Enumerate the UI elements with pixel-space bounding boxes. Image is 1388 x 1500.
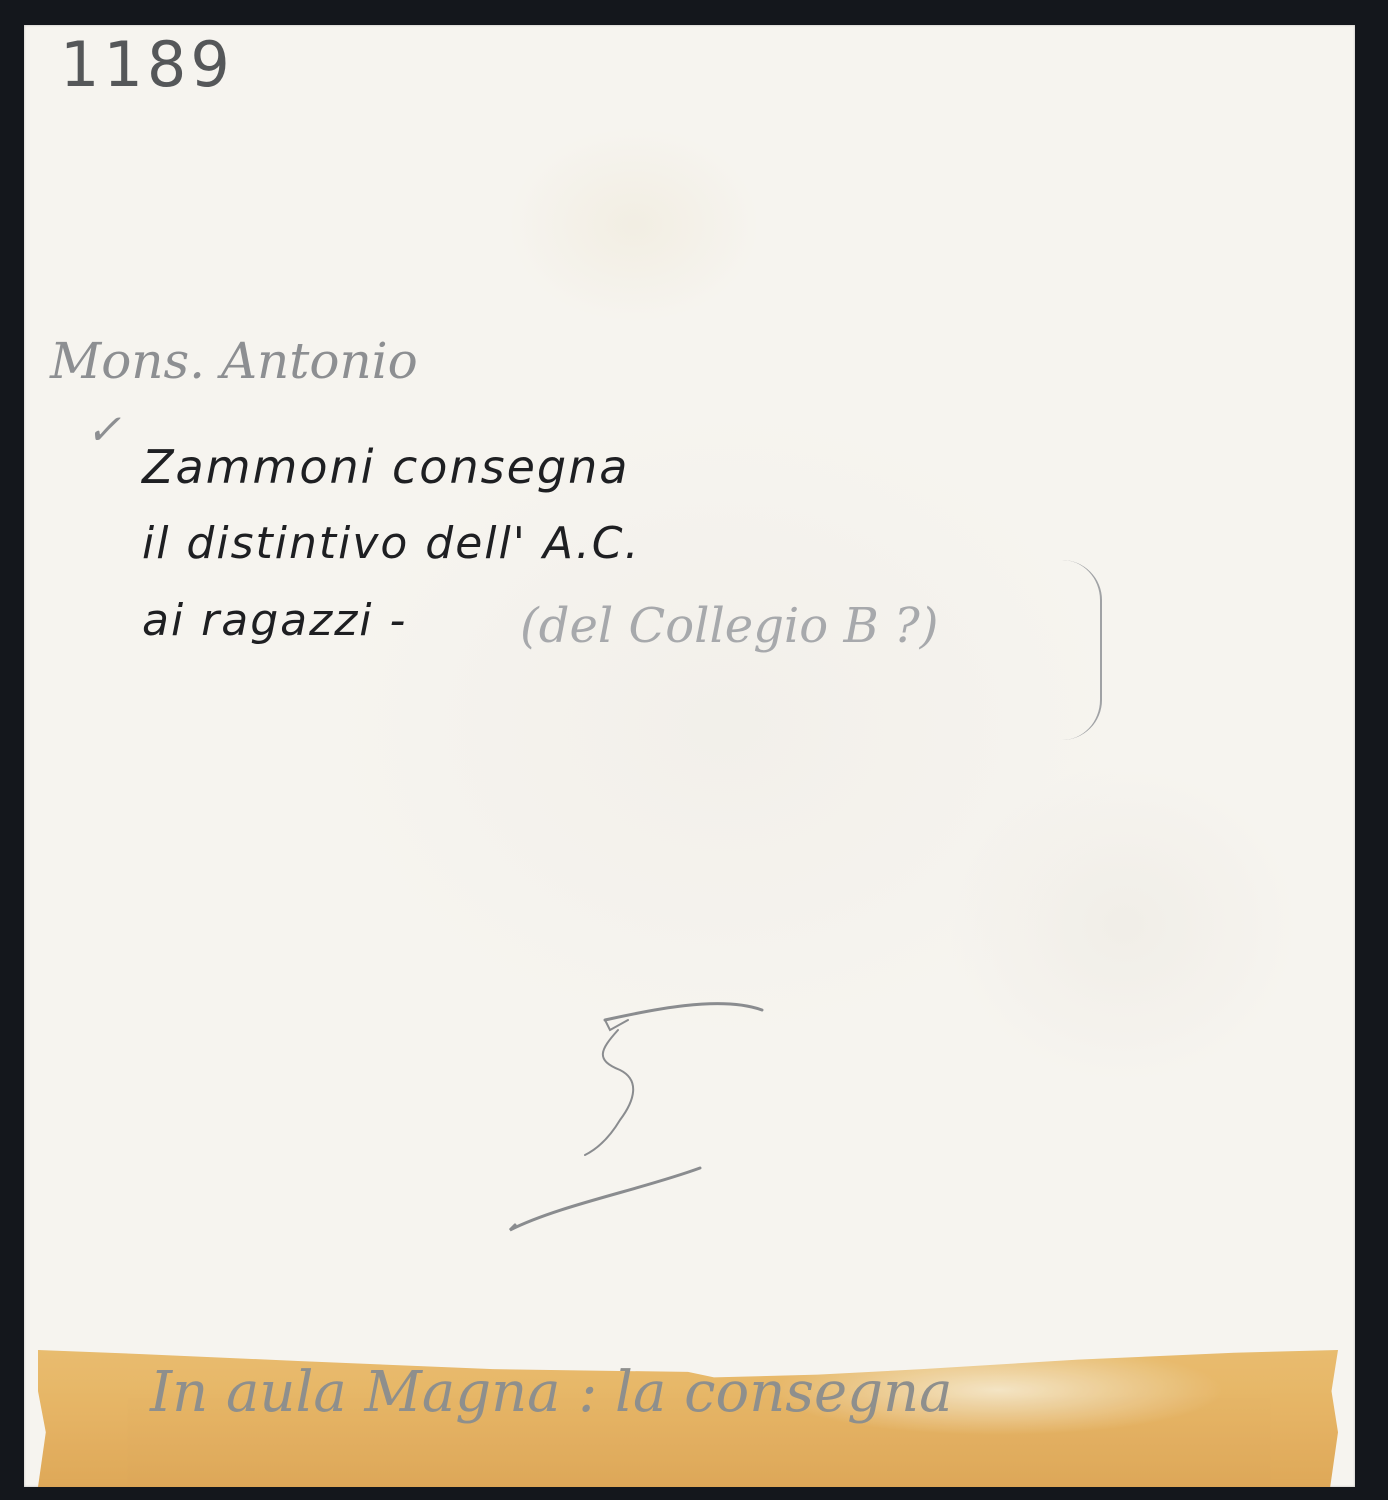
catalog-number: 1189 xyxy=(60,28,234,101)
bottom-pencil-note: In aula Magna : la consegna xyxy=(150,1360,952,1425)
pencil-parenthetical-note: (del Collegio B ?) xyxy=(520,598,938,654)
photo-verso-card xyxy=(24,25,1355,1487)
caption-line-3: ai ragazzi - xyxy=(142,595,407,646)
pencil-bracket xyxy=(1060,560,1102,740)
caption-line-2: il distintivo dell' A.C. xyxy=(142,518,640,569)
pencil-number-five-icon xyxy=(500,990,770,1250)
check-mark-icon: ✓ xyxy=(86,405,121,454)
pencil-header-name: Mons. Antonio xyxy=(50,332,418,390)
caption-line-1: Zammoni consegna xyxy=(142,440,629,494)
scan-background: 1189 Mons. Antonio ✓ Zammoni consegna il… xyxy=(0,0,1388,1500)
